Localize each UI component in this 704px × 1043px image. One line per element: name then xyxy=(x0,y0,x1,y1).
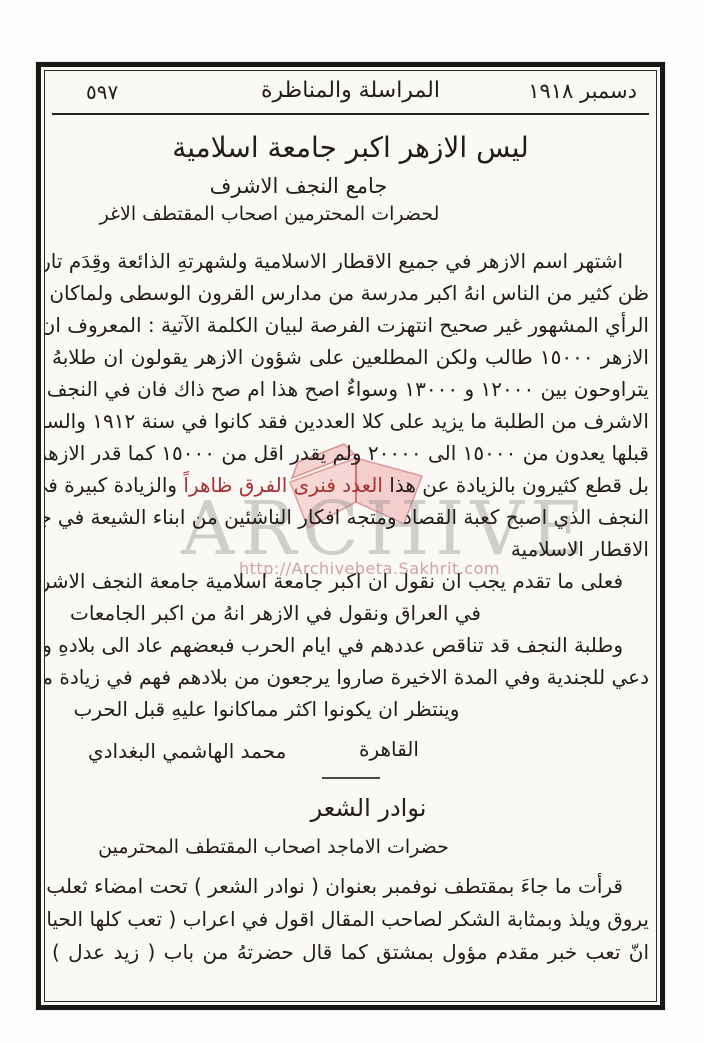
page-number: ٥٩٧ xyxy=(86,80,118,104)
paragraph-3: وطلبة النجف قد تناقص عددهم في ايام الحرب… xyxy=(52,629,649,725)
body-line: يتراوحون بين ١٢٠٠٠ و ١٣٠٠٠ وسواءٌ اصح هذ… xyxy=(52,373,649,405)
paragraph-4: قرأت ما جاءَ بمقتطف نوفمبر بعنوان ( نواد… xyxy=(52,870,649,969)
body-line: قبلها يعدون من ١٥٠٠٠ الى ٢٠٠٠٠ ولم يقدر … xyxy=(52,437,649,469)
header-row: دسمبر ١٩١٨ المراسلة والمناظرة ٥٩٧ xyxy=(52,71,649,115)
body-line: النجف الذي اصبح كعبة القصاد ومتجه افكار … xyxy=(52,501,649,533)
body-line: قرأت ما جاءَ بمقتطف نوفمبر بعنوان ( نواد… xyxy=(52,870,649,903)
body-line: فعلى ما تقدم يجب ان نقول ان اكبر جامعة ا… xyxy=(52,565,649,597)
article-title: ليس الازهر اكبر جامعة اسلامية xyxy=(52,131,649,164)
section-header-title: المراسلة والمناظرة xyxy=(261,78,440,103)
line-segment: بل قطع كثيرون بالزيادة عن هذا xyxy=(383,473,649,497)
body-line: الرأي المشهور غير صحيح انتهزت الفرصة لبي… xyxy=(52,309,649,341)
page-frame: دسمبر ١٩١٨ المراسلة والمناظرة ٥٩٧ ليس ال… xyxy=(36,62,665,1010)
paragraph-1: اشتهر اسم الازهر في جميع الاقطار الاسلام… xyxy=(52,245,649,565)
body-line: وينتظر ان يكونوا اكثر مماكانوا عليهِ قبل… xyxy=(44,693,565,725)
line-segment: والزيادة كبيرة في معهد xyxy=(44,473,183,497)
body-line-with-highlight: بل قطع كثيرون بالزيادة عن هذا العدد فنرى… xyxy=(52,469,649,501)
author-signature: محمد الهاشمي البغدادي xyxy=(88,739,286,763)
salutation-line: حضرات الاماجد اصحاب المقتطف المحترمين xyxy=(44,836,572,858)
page-content: دسمبر ١٩١٨ المراسلة والمناظرة ٥٩٧ ليس ال… xyxy=(45,71,656,1001)
page-frame-inner: دسمبر ١٩١٨ المراسلة والمناظرة ٥٩٧ ليس ال… xyxy=(44,70,657,1002)
article-subtitle: جامع النجف الاشرف xyxy=(44,174,597,198)
highlighted-phrase: العدد فنرى الفرق ظاهراً xyxy=(183,473,383,497)
body-line: وطلبة النجف قد تناقص عددهم في ايام الحرب… xyxy=(52,629,649,661)
body-line: يروق ويلذ وبمثابة الشكر لصاحب المقال اقو… xyxy=(52,903,649,936)
body-line: الازهر ١٥٠٠٠ طالب ولكن المطلعين على شؤون… xyxy=(52,341,649,373)
body-line: الاشرف من الطلبة ما يزيد على كلا العددين… xyxy=(52,405,649,437)
body-line: اشتهر اسم الازهر في جميع الاقطار الاسلام… xyxy=(52,245,649,277)
body-line: في العراق ونقول في الازهر انهُ من اكبر ا… xyxy=(44,597,574,629)
body-line: دعي للجندية وفي المدة الاخيرة صاروا يرجع… xyxy=(52,661,649,693)
paragraph-2: فعلى ما تقدم يجب ان نقول ان اكبر جامعة ا… xyxy=(52,565,649,629)
salutation-line: لحضرات المحترمين اصحاب المقتطف الاغر xyxy=(44,203,568,225)
issue-date: دسمبر ١٩١٨ xyxy=(528,79,637,103)
poem-section-title: نوادر الشعر xyxy=(70,794,657,822)
body-line: الاقطار الاسلامية xyxy=(52,533,649,565)
body-line: ظن كثير من الناس انهُ اكبر مدرسة من مدار… xyxy=(52,277,649,309)
place-label: القاهرة xyxy=(359,737,419,761)
body-line: انّ تعب خبر مقدم مؤول بمشتق كما قال حضرت… xyxy=(52,936,649,969)
signature-row: القاهرة محمد الهاشمي البغدادي xyxy=(52,731,649,769)
section-divider xyxy=(322,777,380,779)
scanned-journal-page: { "header": { "date": "دسمبر ١٩١٨", "sec… xyxy=(0,0,704,1043)
